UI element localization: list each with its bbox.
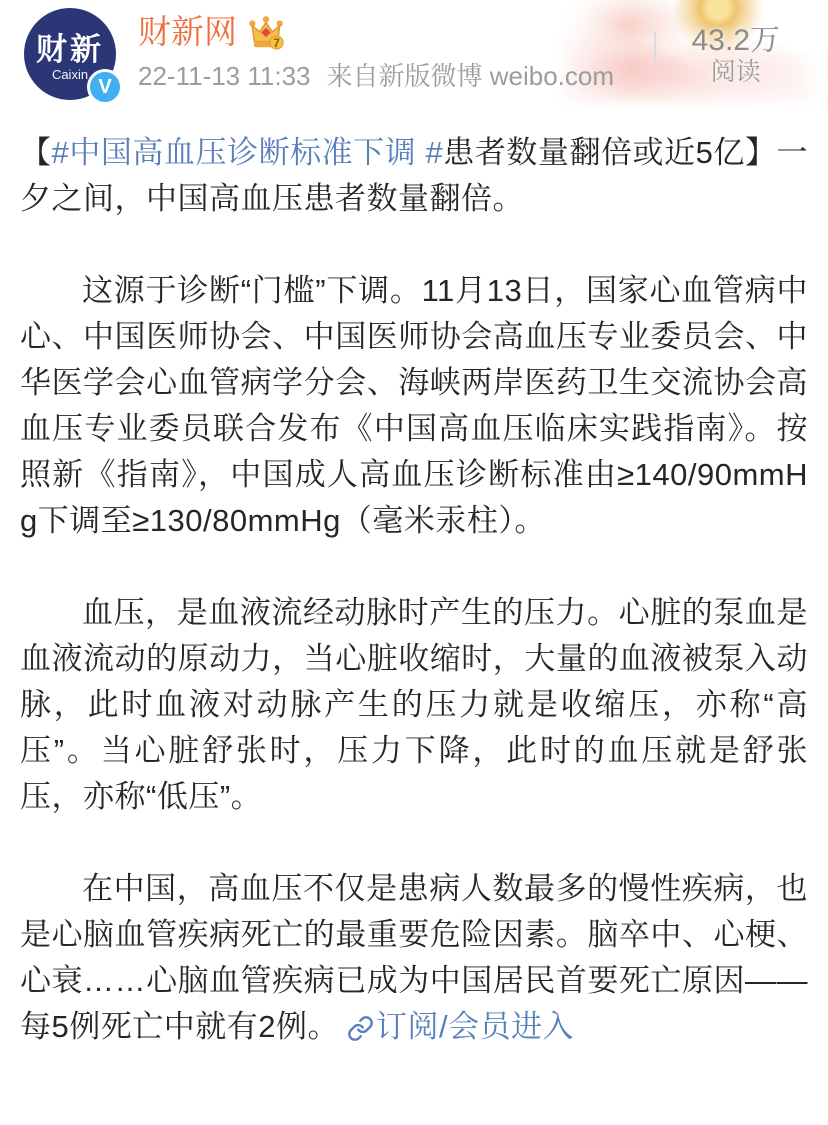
avatar[interactable]: 财新 Caixin V <box>24 8 116 100</box>
bracket-open: 【 <box>20 135 52 170</box>
verified-badge: V <box>87 69 123 105</box>
post-content: 【#中国高血压诊断标准下调 #患者数量翻倍或近5亿】一夕之间，中国高血压患者数量… <box>0 130 828 1050</box>
weibo-post: 财新 Caixin V 财新网 7 <box>0 0 828 1125</box>
timestamp: 22-11-13 11:33 <box>138 61 311 91</box>
link-icon <box>347 1015 374 1042</box>
topic-hashtag-link[interactable]: #中国高血压诊断标准下调 # <box>52 135 444 170</box>
reads-divider <box>654 32 656 62</box>
post-meta: 22-11-13 11:33 来自新版微博 weibo.com <box>138 61 614 91</box>
verified-badge-letter: V <box>98 76 111 99</box>
username[interactable]: 财新网 <box>138 12 237 52</box>
reads-count: 43.2万 <box>692 24 780 57</box>
paragraph-1: 【#中国高血压诊断标准下调 #患者数量翻倍或近5亿】一夕之间，中国高血压患者数量… <box>20 130 808 222</box>
post-header: 财新 Caixin V 财新网 7 <box>0 0 828 106</box>
vip-crown-icon: 7 <box>247 14 285 50</box>
subscribe-link[interactable]: 订阅/会员进入 <box>339 1009 574 1044</box>
paragraph-4: 在中国，高血压不仅是患病人数最多的慢性疾病，也是心脑血管疾病死亡的最重要危险因素… <box>20 866 808 1050</box>
user-info: 财新网 7 22-11-13 11:33 来自新版微博 weibo.com <box>138 12 614 91</box>
avatar-text-en: Caixin <box>52 67 88 82</box>
vip-level: 7 <box>273 37 279 50</box>
source-label: 来自新版微博 weibo.com <box>327 61 615 91</box>
avatar-text-cn: 财新 <box>36 33 104 67</box>
subscribe-link-label: 订阅/会员进入 <box>376 1009 574 1044</box>
paragraph-3: 血压，是血液流经动脉时产生的压力。心脏的泵血是血液流动的原动力，当心脏收缩时，大… <box>20 590 808 820</box>
reads-counter: 43.2万 阅读 <box>692 24 780 87</box>
paragraph-2: 这源于诊断“门槛”下调。11月13日，国家心血管病中心、中国医师协会、中国医师协… <box>20 268 808 544</box>
reads-label: 阅读 <box>692 57 780 87</box>
